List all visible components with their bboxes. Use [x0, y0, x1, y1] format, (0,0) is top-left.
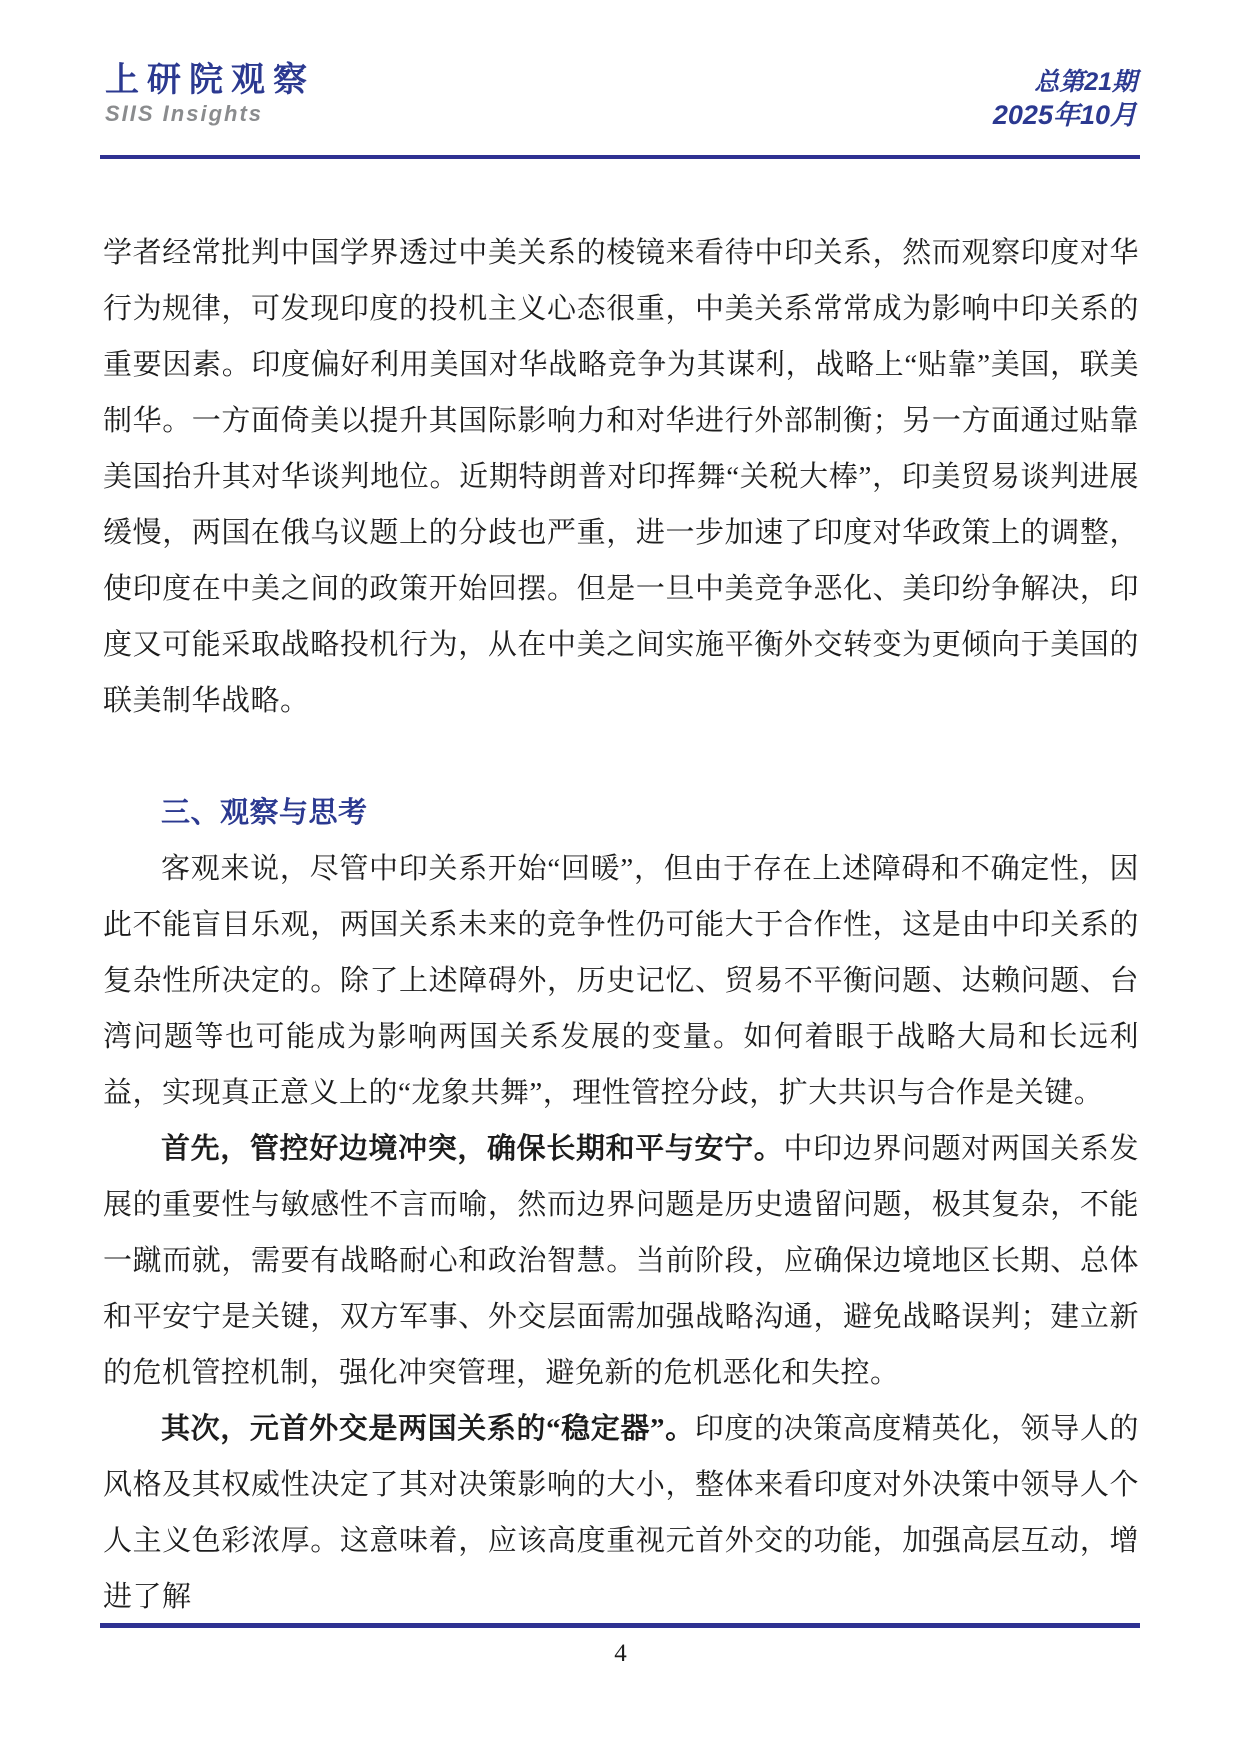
paragraph-point-first-body: 中印边界问题对两国关系发展的重要性与敏感性不言而喻，然而边界问题是历史遗留问题，… — [103, 1133, 1139, 1389]
issue-info: 总第21期 2025年10月 — [993, 66, 1137, 132]
logo-english-title: SIIS Insights — [105, 101, 315, 127]
issue-number: 总第21期 — [993, 66, 1137, 98]
issue-date: 2025年10月 — [993, 98, 1137, 132]
header-divider-rule — [100, 155, 1140, 159]
page-number: 4 — [0, 1640, 1241, 1668]
section-heading: 三、观察与思考 — [103, 785, 1139, 841]
paragraph-point-second-lead: 其次，元首外交是两国关系的“稳定器”。 — [161, 1413, 695, 1445]
footer-divider-rule — [100, 1623, 1140, 1628]
logo-chinese-title: 上研院观察 — [105, 62, 315, 99]
paragraph-point-first-lead: 首先，管控好边境冲突，确保长期和平与安宁。 — [161, 1133, 783, 1165]
article-body: 学者经常批判中国学界透过中美关系的棱镜来看待中印关系，然而观察印度对华行为规律，… — [103, 225, 1139, 1625]
paragraph-point-second: 其次，元首外交是两国关系的“稳定器”。印度的决策高度精英化，领导人的风格及其权威… — [103, 1401, 1139, 1625]
publication-logo: 上研院观察 SIIS Insights — [105, 62, 315, 127]
paragraph-point-first: 首先，管控好边境冲突，确保长期和平与安宁。中印边界问题对两国关系发展的重要性与敏… — [103, 1121, 1139, 1401]
paragraph-continuation: 学者经常批判中国学界透过中美关系的棱镜来看待中印关系，然而观察印度对华行为规律，… — [103, 225, 1139, 729]
document-page: 上研院观察 SIIS Insights 总第21期 2025年10月 学者经常批… — [0, 0, 1241, 1754]
paragraph-overview: 客观来说，尽管中印关系开始“回暖”，但由于存在上述障碍和不确定性，因此不能盲目乐… — [103, 841, 1139, 1121]
